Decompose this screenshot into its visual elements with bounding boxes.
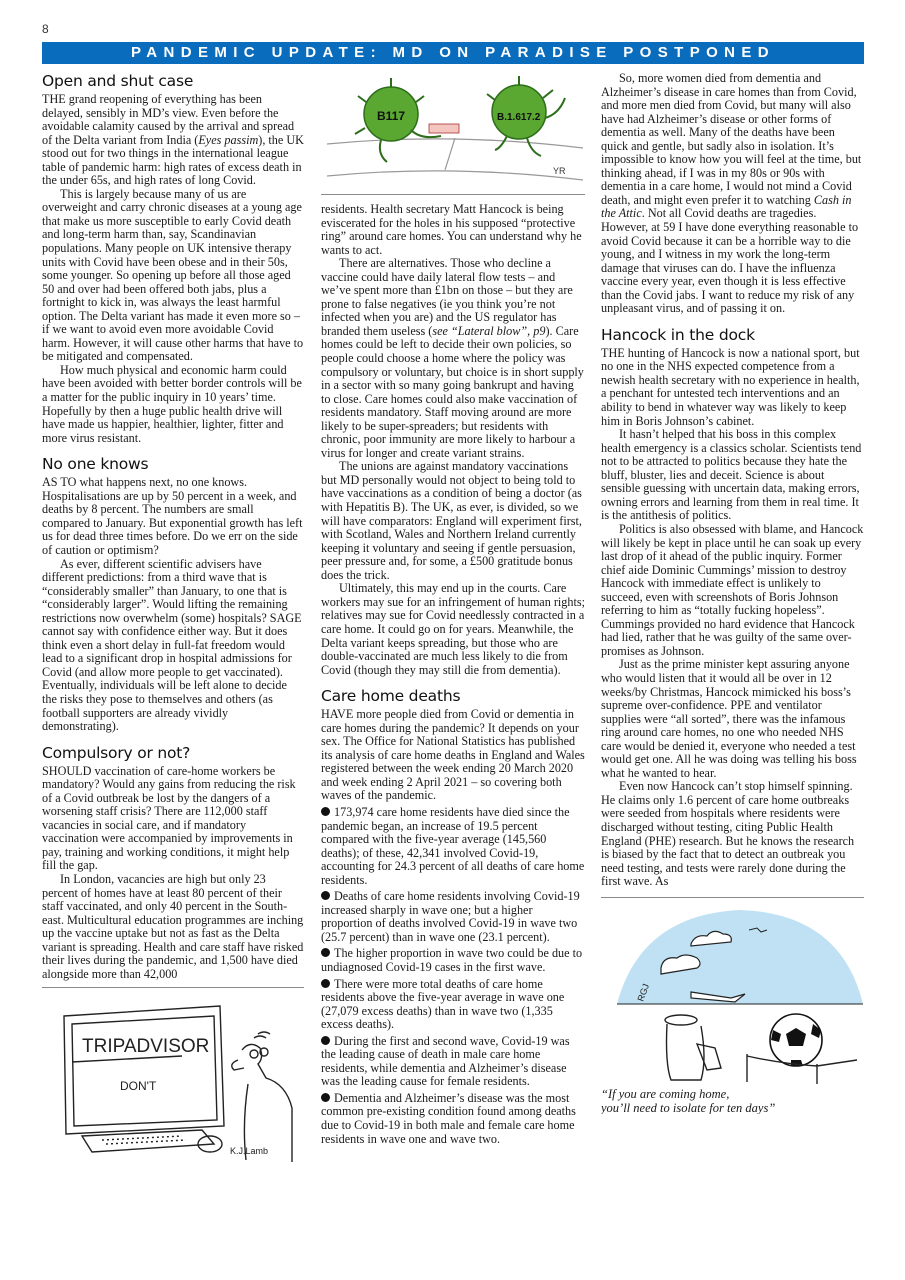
section-hancock-in-the-dock: Hancock in the dock THE hunting of Hanco…: [601, 326, 864, 889]
section-heading: Compulsory or not?: [42, 744, 304, 763]
bullet-item: During the first and second wave, Covid-…: [321, 1035, 585, 1089]
paragraph: As ever, different scientific advisers h…: [42, 558, 304, 734]
paragraph: Just as the prime minister kept assuring…: [601, 658, 864, 780]
caption-line: “If you are coming home,: [601, 1087, 864, 1101]
divider: [42, 987, 304, 988]
section-no-one-knows: No one knows AS TO what happens next, no…: [42, 455, 304, 733]
paragraph: It hasn’t helped that his boss in this c…: [601, 428, 864, 523]
bullet-icon: [321, 948, 330, 957]
bullet-icon: [321, 1036, 330, 1045]
section-care-home-deaths-continued: So, more women died from dementia and Al…: [601, 72, 864, 316]
paragraph: THE grand reopening of everything has be…: [42, 93, 304, 188]
bullet-text: The higher proportion in wave two could …: [321, 946, 582, 974]
bullet-icon: [321, 807, 330, 816]
section-heading: No one knows: [42, 455, 304, 474]
bullet-item: The higher proportion in wave two could …: [321, 947, 585, 974]
bullet-text: There were more total deaths of care hom…: [321, 977, 564, 1032]
virus-character-left: B117: [355, 78, 459, 162]
section-heading: Care home deaths: [321, 687, 585, 706]
section-open-and-shut: Open and shut case THE grand reopening o…: [42, 72, 304, 445]
bullet-text: Dementia and Alzheimer’s disease was the…: [321, 1091, 576, 1146]
paragraph: HAVE more people died from Covid or deme…: [321, 708, 585, 803]
paragraph: So, more women died from dementia and Al…: [601, 72, 864, 316]
paragraph: In London, vacancies are high but only 2…: [42, 873, 304, 981]
column-3: So, more women died from dementia and Al…: [601, 72, 864, 1114]
bullet-text: Deaths of care home residents involving …: [321, 889, 580, 944]
airport-cartoon-illustration: RGJ: [601, 904, 864, 1084]
bullet-item: 173,974 care home residents have died si…: [321, 806, 585, 887]
virus-character-right: B.1.617.2: [487, 76, 565, 156]
bullet-item: Dementia and Alzheimer’s disease was the…: [321, 1092, 585, 1146]
divider: [321, 194, 585, 195]
virus-label-left: B117: [377, 109, 405, 123]
cartoon-airport: RGJ “If you are coming home, you’ll need…: [601, 904, 864, 1114]
cartoon-virus-race: B117 B.1.617.2 YR: [321, 72, 585, 190]
section-heading: Hancock in the dock: [601, 326, 864, 345]
paragraph: This is largely because many of us are o…: [42, 188, 304, 364]
paragraph: residents. Health secretary Matt Hancock…: [321, 203, 585, 257]
text: ). Care homes could be left to decide th…: [321, 324, 584, 460]
section-care-home-deaths: Care home deaths HAVE more people died f…: [321, 687, 585, 1146]
paragraph: THE hunting of Hancock is now a national…: [601, 347, 864, 428]
football-figure: [770, 1014, 822, 1066]
paragraph: AS TO what happens next, no one knows. H…: [42, 476, 304, 557]
caption-line: you’ll need to isolate for ten days”: [601, 1101, 864, 1113]
column-2: B117 B.1.617.2 YR residents. Health secr…: [321, 72, 585, 1146]
cartoonist-signature: K.J.Lamb: [230, 1146, 268, 1156]
cartoon-screen-text: DON'T: [120, 1079, 157, 1093]
page-number: 8: [42, 22, 49, 36]
italic-reference: see “Lateral blow”, p9: [432, 324, 545, 338]
cartoonist-signature: YR: [553, 166, 566, 176]
bullet-text: During the first and second wave, Covid-…: [321, 1034, 570, 1089]
bullet-item: Deaths of care home residents involving …: [321, 890, 585, 944]
cartoon-tripadvisor: TRIPADVISOR DON'T K.J.Lamb: [42, 994, 304, 1162]
cartoon-caption: “If you are coming home, you’ll need to …: [601, 1087, 864, 1113]
paragraph: Even now Hancock can’t stop himself spin…: [601, 780, 864, 888]
paragraph: SHOULD vaccination of care-home workers …: [42, 765, 304, 873]
bullet-icon: [321, 979, 330, 988]
divider: [601, 897, 864, 898]
bullet-icon: [321, 1093, 330, 1102]
bullet-icon: [321, 891, 330, 900]
section-compulsory: Compulsory or not? SHOULD vaccination of…: [42, 744, 304, 982]
page-banner-title: PANDEMIC UPDATE: MD ON PARADISE POSTPONE…: [42, 42, 864, 64]
cartoon-screen-title: TRIPADVISOR: [82, 1036, 209, 1057]
section-heading: Open and shut case: [42, 72, 304, 91]
section-compulsory-continued: residents. Health secretary Matt Hancock…: [321, 203, 585, 677]
virus-label-right: B.1.617.2: [497, 112, 541, 123]
paragraph: Politics is also obsessed with blame, an…: [601, 523, 864, 658]
tripadvisor-cartoon-illustration: TRIPADVISOR DON'T K.J.Lamb: [42, 994, 304, 1162]
bullet-item: There were more total deaths of care hom…: [321, 978, 585, 1032]
officer-figure: [665, 1015, 721, 1080]
bullet-text: 173,974 care home residents have died si…: [321, 805, 584, 887]
paragraph: How much physical and economic harm coul…: [42, 364, 304, 445]
virus-race-cartoon-illustration: B117 B.1.617.2 YR: [321, 72, 585, 190]
italic-reference: Eyes passim: [198, 133, 258, 147]
paragraph: Ultimately, this may end up in the court…: [321, 582, 585, 677]
text: So, more women died from dementia and Al…: [601, 71, 861, 207]
paragraph: The unions are against mandatory vaccina…: [321, 460, 585, 582]
paragraph: There are alternatives. Those who declin…: [321, 257, 585, 460]
text: . Not all Covid deaths are tragedies. Ho…: [601, 206, 858, 315]
column-1: Open and shut case THE grand reopening o…: [42, 72, 304, 1162]
